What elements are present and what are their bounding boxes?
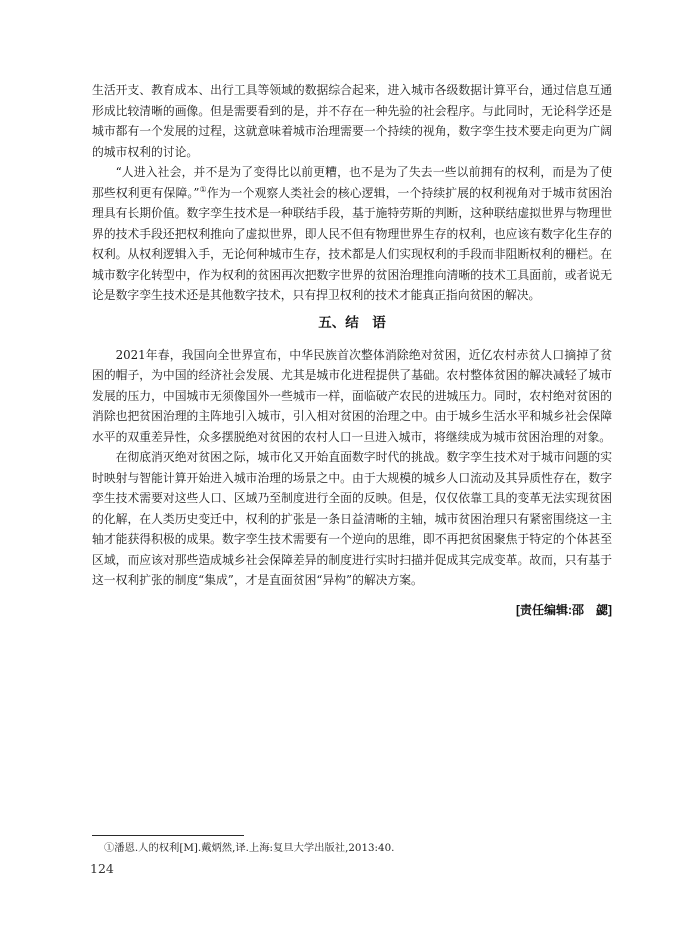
footnote-area: ①潘恩.人的权利[M].戴炳然,译.上海:复旦大学出版社,2013:40. — [92, 835, 612, 855]
paragraph-digital-challenge: 在彻底消灭绝对贫困之际，城市化又开始直面数字时代的挑战。数字孪生技术对于城市问题… — [92, 447, 612, 591]
footnote-divider — [92, 835, 244, 836]
footnote-reference-mark: ① — [199, 185, 206, 194]
paragraph-rights: “人进入社会，并不是为了变得比以前更糟，也不是为了失去一些以前拥有的权利，而是为… — [92, 162, 612, 306]
page-number: 124 — [90, 861, 114, 876]
footnote-text: ①潘恩.人的权利[M].戴炳然,译.上海:复旦大学出版社,2013:40. — [92, 841, 612, 855]
paragraph-rights-body: 作为一个观察人类社会的核心逻辑，一个持续扩展的权利视角对于城市贫困治理具有长期价… — [92, 186, 612, 303]
article-body: 生活开支、教育成本、出行工具等领域的数据综合起来，进入城市各级数据计算平台，通过… — [92, 80, 612, 617]
paragraph-continuation: 生活开支、教育成本、出行工具等领域的数据综合起来，进入城市各级数据计算平台，通过… — [92, 80, 612, 162]
section-heading: 五、结 语 — [92, 313, 612, 333]
paragraph-poverty-elimination: 2021年春，我国向全世界宣布，中华民族首次整体消除绝对贫困，近亿农村赤贫人口摘… — [92, 345, 612, 448]
editor-note: [责任编辑:邵 勰] — [92, 603, 612, 617]
